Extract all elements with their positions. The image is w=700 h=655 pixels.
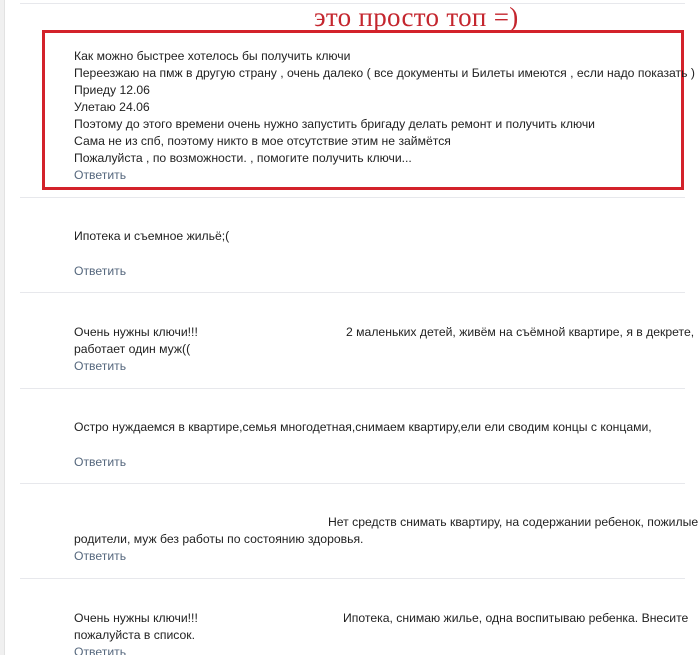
comment-2: Ипотека и съемное жильё;( — [74, 228, 229, 245]
left-border-strip — [0, 0, 5, 655]
comment-text-line: Поэтому до этого времени очень нужно зап… — [74, 116, 695, 133]
comment-divider — [20, 197, 685, 198]
comment-text-line: Пожалуйста , по возможности. , помогите … — [74, 150, 695, 167]
comment-3: работает один муж(( Ответить — [74, 341, 190, 375]
comment-6: пожалуйста в список. Ответить — [74, 627, 195, 655]
annotation-text: это просто топ =) — [314, 2, 519, 33]
reply-link[interactable]: Ответить — [74, 454, 126, 471]
comment-6-text-right: Ипотека, снимаю жилье, одна воспитываю р… — [343, 610, 688, 627]
comment-text-line: Приеду 12.06 — [74, 82, 695, 99]
comment-1: Как можно быстрее хотелось бы получить к… — [74, 48, 695, 184]
comment-3-text-right: 2 маленьких детей, живём на съёмной квар… — [346, 324, 694, 341]
comment-text-line: родители, муж без работы по состоянию зд… — [74, 531, 363, 548]
reply-link[interactable]: Ответить — [74, 167, 695, 184]
comment-divider — [20, 578, 685, 579]
comment-3-text-left: Очень нужны ключи!!! — [74, 324, 198, 341]
comment-text-line: работает один муж(( — [74, 341, 190, 358]
reply-link[interactable]: Ответить — [74, 358, 190, 375]
comment-6-text-left: Очень нужны ключи!!! — [74, 610, 198, 627]
reply-link[interactable]: Ответить — [74, 263, 126, 280]
comment-text-line: Ипотека и съемное жильё;( — [74, 228, 229, 245]
comment-2-actions: Ответить — [74, 263, 126, 280]
comment-text-line: Как можно быстрее хотелось бы получить к… — [74, 48, 695, 65]
comment-4-actions: Ответить — [74, 454, 126, 471]
comment-text-line: Остро нуждаемся в квартире,семья многоде… — [74, 419, 652, 436]
comment-5-text-right: Нет средств снимать квартиру, на содержа… — [328, 514, 698, 531]
comment-text-line: Улетаю 24.06 — [74, 99, 695, 116]
reply-link[interactable]: Ответить — [74, 548, 363, 565]
comment-text-line: Переезжаю на пмж в другую страну , очень… — [74, 65, 695, 82]
comment-5: родители, муж без работы по состоянию зд… — [74, 531, 363, 565]
comment-text-line: пожалуйста в список. — [74, 627, 195, 644]
reply-link[interactable]: Ответить — [74, 644, 195, 655]
comment-4: Остро нуждаемся в квартире,семья многоде… — [74, 419, 652, 436]
comment-divider — [20, 292, 685, 293]
comment-text-line: Сама не из спб, поэтому никто в мое отсу… — [74, 133, 695, 150]
comment-divider — [20, 388, 685, 389]
comment-divider — [20, 483, 685, 484]
